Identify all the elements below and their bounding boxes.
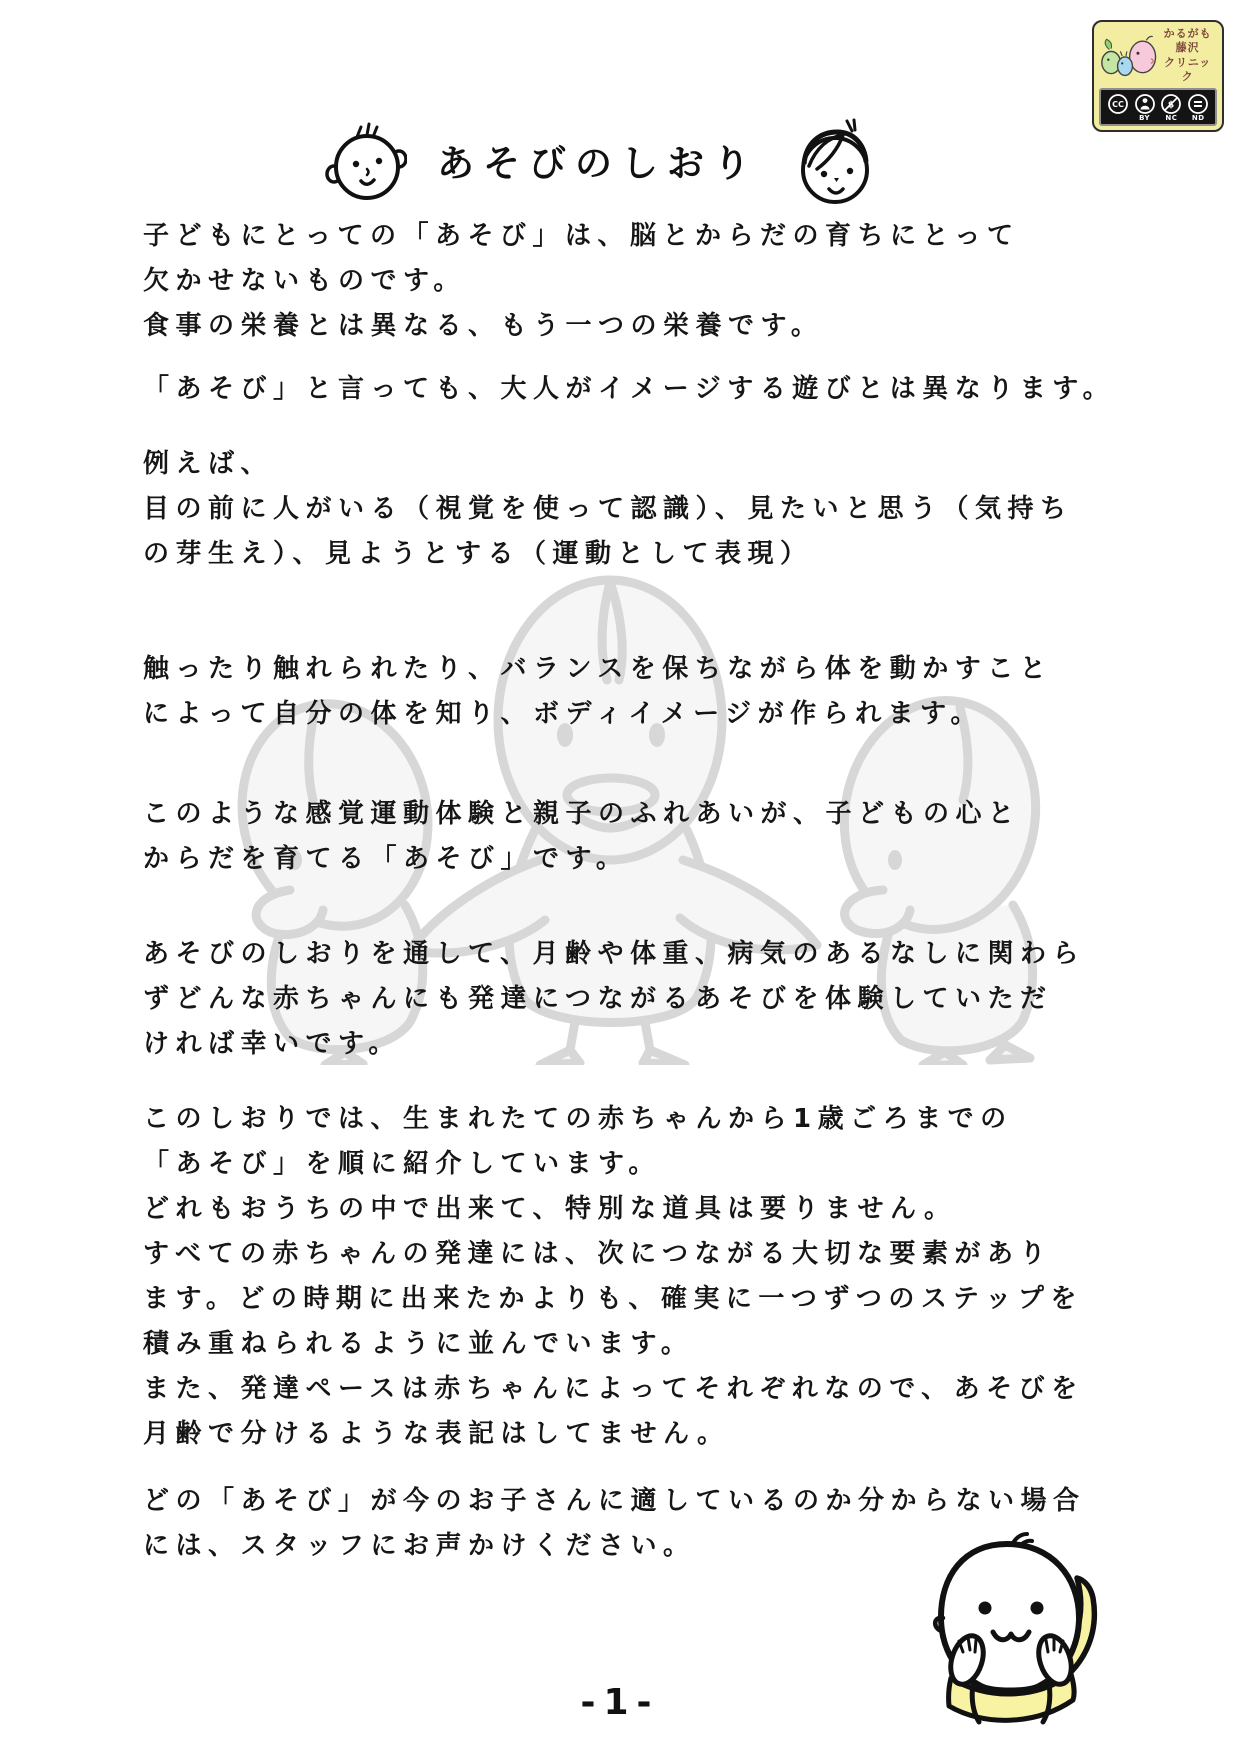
svg-text:CC: CC: [1112, 100, 1124, 109]
paragraph-purpose: あそびのしおりを通して、月齢や体重、病気のあるなしに関わら ずどんな赤ちゃんにも…: [143, 932, 1143, 1067]
document-body: 子どもにとっての「あそび」は、脳とからだの育ちにとって 欠かせないものです。 食…: [143, 214, 1143, 1569]
clinic-ducks-icon: [1100, 33, 1159, 79]
child-face-icon: [789, 112, 881, 208]
clinic-name-line: かるがも: [1159, 27, 1216, 41]
clinic-name-line: 藤沢: [1159, 41, 1216, 55]
title-row: あそびのしおり: [0, 112, 1222, 208]
clinic-name-line: クリニック: [1159, 56, 1216, 85]
document-page: かるがも 藤沢 クリニック CC BY: [0, 0, 1240, 1754]
paragraph-example: 例えば、 目の前に人がいる（視覚を使って認識）、見たいと思う（気持ち の芽生え）…: [143, 442, 1143, 577]
page-title: あそびのしおり: [437, 133, 759, 187]
paragraph-structure: このしおりでは、生まれたての赤ちゃんから1歳ごろまでの 「あそび」を順に紹介して…: [143, 1097, 1143, 1457]
clinic-logo-block: かるがも 藤沢 クリニック: [1099, 27, 1217, 84]
baby-face-icon: [323, 114, 407, 206]
page-number: -1-: [0, 1682, 1240, 1723]
paragraph-asobi-differs: 「あそび」と言っても、大人がイメージする遊びとは異なります。: [143, 367, 1143, 412]
clinic-name: かるがも 藤沢 クリニック: [1159, 27, 1216, 84]
paragraph-body-image: 触ったり触れられたり、バランスを保ちながら体を動かすこと によって自分の体を知り…: [143, 647, 1143, 737]
paragraph-intro: 子どもにとっての「あそび」は、脳とからだの育ちにとって 欠かせないものです。 食…: [143, 214, 1143, 349]
paragraph-sensory-play: このような感覚運動体験と親子のふれあいが、子どもの心と からだを育てる「あそび」…: [143, 792, 1143, 882]
